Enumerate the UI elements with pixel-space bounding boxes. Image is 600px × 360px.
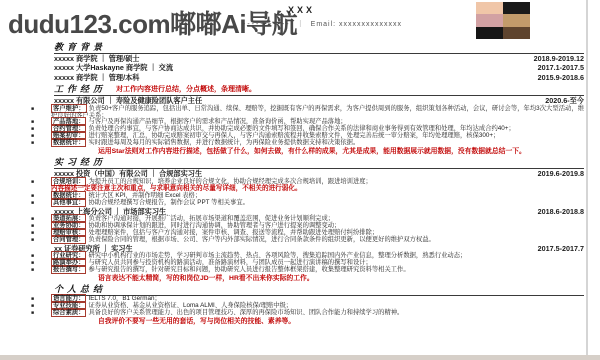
bullet-label: 合同管理：	[51, 235, 86, 244]
bullet-label: 数据统计：	[51, 138, 86, 147]
photo-block	[503, 14, 530, 26]
school-name: xxxxx 商学院 ｜ 管理/硕士	[54, 55, 139, 63]
phone-masked: -----------	[243, 21, 291, 28]
annotation-star-method: 运用Star法则对工作内容进行描述，包括做了什么，如何去做，有什么样的成果，尤其…	[98, 148, 584, 155]
section-summary: 个人总结 ■ 语言能力：IELTS 7.0，B1 German； ■ 专业技能：…	[30, 284, 584, 325]
bullet-square-icon: ■	[30, 310, 51, 317]
resume-page: dudu123.com嘟嘟Ai导航 XXX -----------｜Email:…	[0, 0, 600, 360]
section-education: 教育背景 xxxxx 商学院 ｜ 管理/硕士 2018.9-2019.12 xx…	[30, 42, 584, 82]
school-name: xxxxx 大学Haskayne 商学院 ｜ 交流	[54, 64, 173, 72]
bullet-label: 报告撰写：	[51, 265, 86, 274]
bullet-square-icon: ■	[30, 230, 51, 237]
bullet-square-icon: ■	[30, 216, 51, 223]
annotation-self-evaluation: 自我评价不要写一些无用的套话，写与岗位相关的技能、素养等。	[98, 318, 584, 325]
photo-block	[476, 14, 503, 26]
section-header-internship: 实习经历	[54, 157, 584, 169]
candidate-name: XXX	[288, 5, 315, 15]
education-date: 2017.1-2017.5	[530, 64, 584, 72]
email-masked: Email: xxxxxxxxxxxxxx	[311, 21, 402, 28]
work-bullet: ■ 数据统计：实时跟进每周及每月的实际销售数据，并进行数据统计，为再保险业务提供…	[30, 140, 584, 147]
summary-bullet: ■ 综合素质：具备良好的客户关系管理能力、出色的项目管理技巧、深厚的再保险市场知…	[30, 310, 584, 317]
profile-photo-mosaic	[476, 2, 530, 39]
internship-date: 2019.6-2019.8	[530, 170, 584, 178]
bullet-label: 综合素质：	[51, 308, 86, 317]
bullet-square-icon: ■	[30, 106, 51, 120]
bullet-text: 参与研究报告的撰写，针对研究目标和问题，协助研究人员进行报告整体框架搭建，收集整…	[88, 266, 409, 273]
bullet-text: 负责保险合同的管理，根据市场、公司、客户等内外部实际情况，进行合同条款条件的组织…	[88, 236, 434, 243]
internship-date: 2017.5-2017.7	[530, 245, 584, 253]
contact-line: -----------｜Email: xxxxxxxxxxxxxx	[243, 19, 402, 29]
internship-bullet: ■ 报告撰写：参与研究报告的撰写，针对研究目标和问题，协助研究人员进行报告整体框…	[30, 267, 584, 274]
bullet-square-icon: ■	[30, 179, 51, 193]
section-header-education: 教育背景	[54, 42, 584, 54]
contact-separator: ｜	[297, 21, 305, 28]
bullet-square-icon: ■	[30, 303, 51, 310]
education-row: xxxxx 商学院 ｜ 管理/本科 2015.9-2018.6	[54, 74, 584, 82]
section-work: 工作经历 对工作内容进行总结，分点概述，条理清晰。 xxxxx 有限公司 ｜ 寿…	[30, 84, 584, 155]
bullet-square-icon: ■	[30, 237, 51, 244]
page-right-edge	[586, 0, 588, 360]
education-row: xxxxx 大学Haskayne 商学院 ｜ 交流 2017.1-2017.5	[54, 64, 584, 72]
bullet-square-icon: ■	[30, 133, 51, 140]
education-date: 2018.9-2019.12	[526, 55, 584, 63]
section-title-summary: 个人总结	[54, 284, 106, 294]
bullet-square-icon: ■	[30, 193, 51, 200]
photo-block	[503, 2, 530, 14]
page-bottom-edge	[0, 355, 600, 360]
bullet-square-icon: ■	[30, 296, 51, 303]
photo-block	[476, 27, 503, 39]
resume-body: 教育背景 xxxxx 商学院 ｜ 管理/硕士 2018.9-2019.12 xx…	[30, 40, 584, 325]
bullet-text: 协助合规经理撰写合规报告，制作会议 PPT 等相关事宜。	[88, 199, 248, 206]
education-row: xxxxx 商学院 ｜ 管理/硕士 2018.9-2019.12	[54, 55, 584, 63]
section-internship: 实习经历 xxxxx 投资（中国）有限公司 ｜ 合规部实习生 2019.6-20…	[30, 157, 584, 282]
internship-bullet: ■ 合同管理：负责保险合同的管理，根据市场、公司、客户等内外部实际情况，进行合同…	[30, 237, 584, 244]
bullet-label: 其他事宜：	[51, 198, 86, 207]
school-name: xxxxx 商学院 ｜ 管理/本科	[54, 74, 139, 82]
internship-bullet: ■ 其他事宜：协助合规经理撰写合规报告，制作会议 PPT 等相关事宜。	[30, 200, 584, 207]
section-header-work: 工作经历 对工作内容进行总结，分点概述，条理清晰。	[54, 84, 584, 96]
bullet-text: 负责50+客户的服务追踪，包括出单、日常沟通、续保、理赔等，挖掘既有客户的再保需…	[51, 105, 584, 119]
annotation-work-heading: 对工作内容进行总结，分点概述，条理清晰。	[116, 86, 256, 94]
bullet-text: 实时跟进每周及每月的实际销售数据，并进行数据统计，为再保险业务提供数据支持和决策…	[88, 139, 359, 146]
education-date: 2015.9-2018.6	[530, 74, 584, 82]
annotation-language-detail: 语言表达不能太精简，写的和岗位JD一样，HR看不出来你实际的工作。	[98, 275, 584, 282]
bullet-square-icon: ■	[30, 267, 51, 274]
photo-block	[503, 27, 530, 39]
bullet-text: 具备良好的客户关系管理能力、出色的项目管理技巧、深厚的再保险市场知识、团队合作能…	[88, 309, 403, 316]
internship-bullet: ■ 合规培训：为提升员工的合规知识，培养企业良好的合规文化，协助合规经理完成多次…	[30, 179, 584, 193]
internship-date: 2018.6-2018.8	[530, 208, 584, 216]
section-title-education: 教育背景	[54, 42, 106, 52]
bullet-square-icon: ■	[30, 260, 51, 267]
section-title-internship: 实习经历	[54, 157, 106, 167]
bullet-square-icon: ■	[30, 253, 51, 260]
section-title-work: 工作经历	[54, 84, 106, 94]
bullet-square-icon: ■	[30, 140, 51, 147]
bullet-square-icon: ■	[30, 223, 51, 230]
photo-block	[476, 2, 503, 14]
bullet-square-icon: ■	[30, 119, 51, 126]
bullet-square-icon: ■	[30, 126, 51, 133]
bullet-square-icon: ■	[30, 200, 51, 207]
bullet-text: 为提升员工的合规知识，培养企业良好的合规文化，协助合规经理完成多次合规培训，跟进…	[88, 178, 371, 185]
